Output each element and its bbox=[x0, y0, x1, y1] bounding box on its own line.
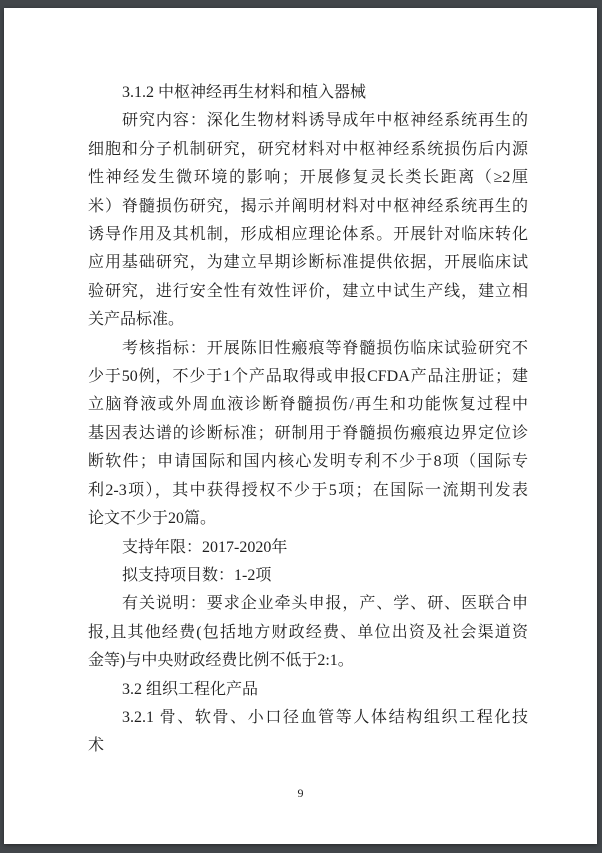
document-page: 3.1.2 中枢神经再生材料和植入器械 研究内容：深化生物材料诱导成年中枢神经系… bbox=[4, 8, 597, 844]
text-line: 论文不少于20篇。 bbox=[88, 505, 528, 533]
text-line: 诱导作用及其机制，形成相应理论体系。开展针对临床转化 bbox=[88, 221, 528, 249]
text-line: 应用基础研究，为建立早期诊断标准提供依据，开展临床试 bbox=[88, 249, 528, 277]
text-line: 拟支持项目数：1-2项 bbox=[88, 562, 528, 590]
text-line: 3.2 组织工程化产品 bbox=[88, 676, 528, 704]
viewer-background: { "page": { "number": "9", "background_c… bbox=[0, 0, 602, 853]
text-line: 基因表达谱的诊断标准；研制用于脊髓损伤瘢痕边界定位诊 bbox=[88, 420, 528, 448]
text-line: 立脑脊液或外周血液诊断脊髓损伤/再生和功能恢复过程中 bbox=[88, 391, 528, 419]
text-line: 研究内容：深化生物材料诱导成年中枢神经系统再生的 bbox=[88, 107, 528, 135]
text-line: 术 bbox=[88, 732, 528, 760]
page-number: 9 bbox=[4, 786, 597, 801]
text-line: 有关说明：要求企业牵头申报，产、学、研、医联合申 bbox=[88, 590, 528, 618]
document-text: 3.1.2 中枢神经再生材料和植入器械 研究内容：深化生物材料诱导成年中枢神经系… bbox=[88, 79, 528, 761]
text-line: 细胞和分子机制研究，研究材料对中枢神经系统损伤后内源 bbox=[88, 136, 528, 164]
text-line: 少于50例，不少于1个产品取得或申报CFDA产品注册证；建 bbox=[88, 363, 528, 391]
text-line: 3.1.2 中枢神经再生材料和植入器械 bbox=[88, 79, 528, 107]
text-line: 考核指标：开展陈旧性瘢痕等脊髓损伤临床试验研究不 bbox=[88, 335, 528, 363]
text-line: 断软件；申请国际和国内核心发明专利不少于8项（国际专 bbox=[88, 448, 528, 476]
text-line: 支持年限：2017-2020年 bbox=[88, 534, 528, 562]
text-line: 验研究，进行安全性有效性评价，建立中试生产线，建立相 bbox=[88, 278, 528, 306]
text-line: 利2-3项），其中获得授权不少于5项；在国际一流期刊发表 bbox=[88, 477, 528, 505]
text-line: 3.2.1 骨、软骨、小口径血管等人体结构组织工程化技 bbox=[88, 704, 528, 732]
text-line: 报,且其他经费(包括地方财政经费、单位出资及社会渠道资 bbox=[88, 619, 528, 647]
text-line: 性神经发生微环境的影响；开展修复灵长类长距离（≥2厘 bbox=[88, 164, 528, 192]
text-line: 关产品标准。 bbox=[88, 306, 528, 334]
text-line: 金等)与中央财政经费比例不低于2:1。 bbox=[88, 647, 528, 675]
text-line: 米）脊髓损伤研究，揭示并阐明材料对中枢神经系统再生的 bbox=[88, 193, 528, 221]
